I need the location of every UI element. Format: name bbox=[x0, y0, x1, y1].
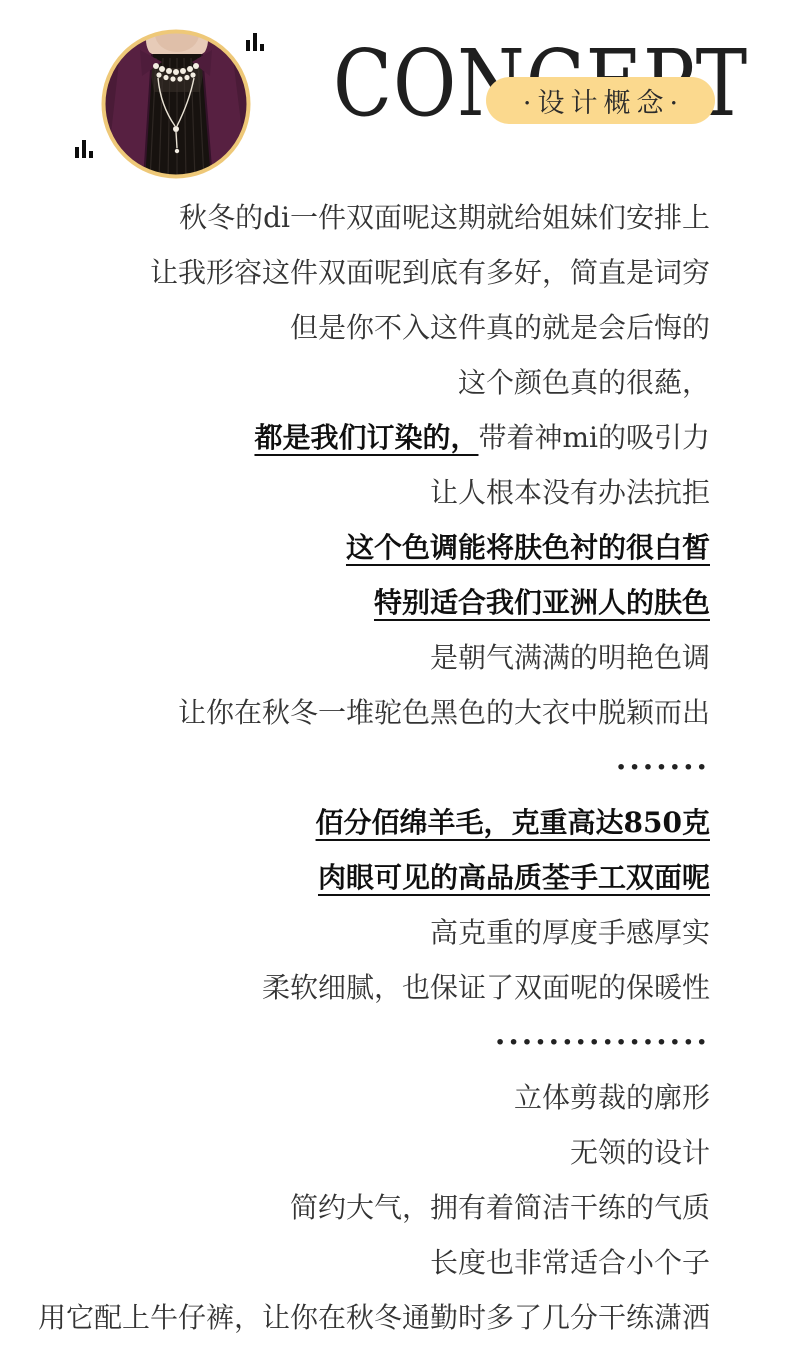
text-line: 佰分佰绵羊毛，克重高达850克 bbox=[16, 795, 710, 850]
text-line: 特别适合我们亚洲人的肤色 bbox=[16, 575, 710, 630]
text-segment: 柔软细腻，也保证了双面呢的保暖性 bbox=[262, 971, 710, 1004]
bar bbox=[246, 40, 250, 51]
text-line: 肉眼可见的高品质荃手工双面呢 bbox=[16, 850, 710, 905]
text-segment: 肉眼可见的高品质荃手工双面呢 bbox=[318, 861, 710, 894]
text-segment: 但是你不入这件真的就是会后悔的 bbox=[290, 311, 710, 344]
text-segment: 秋冬的di一件双面呢这期就给姐妹们安排上 bbox=[179, 201, 710, 234]
text-segment: 带着神mi的吸引力 bbox=[478, 421, 710, 454]
text-segment: 特别适合我们亚洲人的肤色 bbox=[374, 586, 710, 619]
equalizer-bars-icon bbox=[75, 140, 93, 158]
text-line: 简约大气，拥有着简洁干练的气质 bbox=[16, 1180, 710, 1235]
text-line: 柔软细腻，也保证了双面呢的保暖性 bbox=[16, 960, 710, 1015]
text-line: 高克重的厚度手感厚实 bbox=[16, 905, 710, 960]
text-segment: 这个色调能将肤色衬的很白皙 bbox=[346, 531, 710, 564]
text-block: 秋冬的di一件双面呢这期就给姐妹们安排上让我形容这件双面呢到底有多好，简直是词穷… bbox=[16, 190, 710, 1345]
text-line: ······· bbox=[16, 740, 710, 795]
text-line: 是朝气满满的明艳色调 bbox=[16, 630, 710, 685]
text-segment: 用它配上牛仔裤，让你在秋冬通勤时多了几分干练潇洒 bbox=[38, 1301, 710, 1334]
text-line: 让我形容这件双面呢到底有多好，简直是词穷 bbox=[16, 245, 710, 300]
text-segment: 长度也非常适合小个子 bbox=[430, 1246, 710, 1279]
text-line: 秋冬的di一件双面呢这期就给姐妹们安排上 bbox=[16, 190, 710, 245]
design-concept-badge: ·设计概念· bbox=[486, 77, 715, 124]
text-line: 都是我们订染的，带着神mi的吸引力 bbox=[16, 410, 710, 465]
text-segment: 高克重的厚度手感厚实 bbox=[430, 916, 710, 949]
bar bbox=[75, 147, 79, 158]
text-segment: 立体剪裁的廓形 bbox=[514, 1081, 710, 1114]
text-line: 让人根本没有办法抗拒 bbox=[16, 465, 710, 520]
text-segment: 让你在秋冬一堆驼色黑色的大衣中脱颖而出 bbox=[178, 696, 710, 729]
product-photo bbox=[100, 28, 252, 180]
text-segment: 佰分佰绵羊毛，克重高达850克 bbox=[316, 806, 710, 839]
ellipsis-dots: ······· bbox=[616, 750, 710, 785]
text-segment: 都是我们订染的， bbox=[254, 421, 478, 454]
bar bbox=[82, 140, 86, 158]
text-line: 无领的设计 bbox=[16, 1125, 710, 1180]
text-segment: 无领的设计 bbox=[570, 1136, 710, 1169]
ellipsis-dots: ················ bbox=[495, 1025, 710, 1060]
text-line: 这个颜色真的很蕝， bbox=[16, 355, 710, 410]
design-concept-page: CONCEPT ·设计概念· 秋冬的di一件双面呢这期就给姐妹们安排上让我形容这… bbox=[0, 0, 790, 1357]
bar bbox=[253, 33, 257, 51]
bar bbox=[89, 151, 93, 158]
text-segment: 这个颜色真的很蕝， bbox=[458, 366, 710, 399]
text-line: ················ bbox=[16, 1015, 710, 1070]
text-line: 让你在秋冬一堆驼色黑色的大衣中脱颖而出 bbox=[16, 685, 710, 740]
text-line: 立体剪裁的廓形 bbox=[16, 1070, 710, 1125]
text-segment: 简约大气，拥有着简洁干练的气质 bbox=[290, 1191, 710, 1224]
bar bbox=[260, 44, 264, 51]
text-segment: 让人根本没有办法抗拒 bbox=[430, 476, 710, 509]
text-line: 用它配上牛仔裤，让你在秋冬通勤时多了几分干练潇洒 bbox=[16, 1290, 710, 1345]
coat-photo-illustration bbox=[100, 28, 252, 180]
equalizer-bars-icon bbox=[246, 33, 264, 51]
text-segment: 是朝气满满的明艳色调 bbox=[430, 641, 710, 674]
text-line: 但是你不入这件真的就是会后悔的 bbox=[16, 300, 710, 355]
text-line: 长度也非常适合小个子 bbox=[16, 1235, 710, 1290]
text-segment: 让我形容这件双面呢到底有多好，简直是词穷 bbox=[150, 256, 710, 289]
text-line: 这个色调能将肤色衬的很白皙 bbox=[16, 520, 710, 575]
